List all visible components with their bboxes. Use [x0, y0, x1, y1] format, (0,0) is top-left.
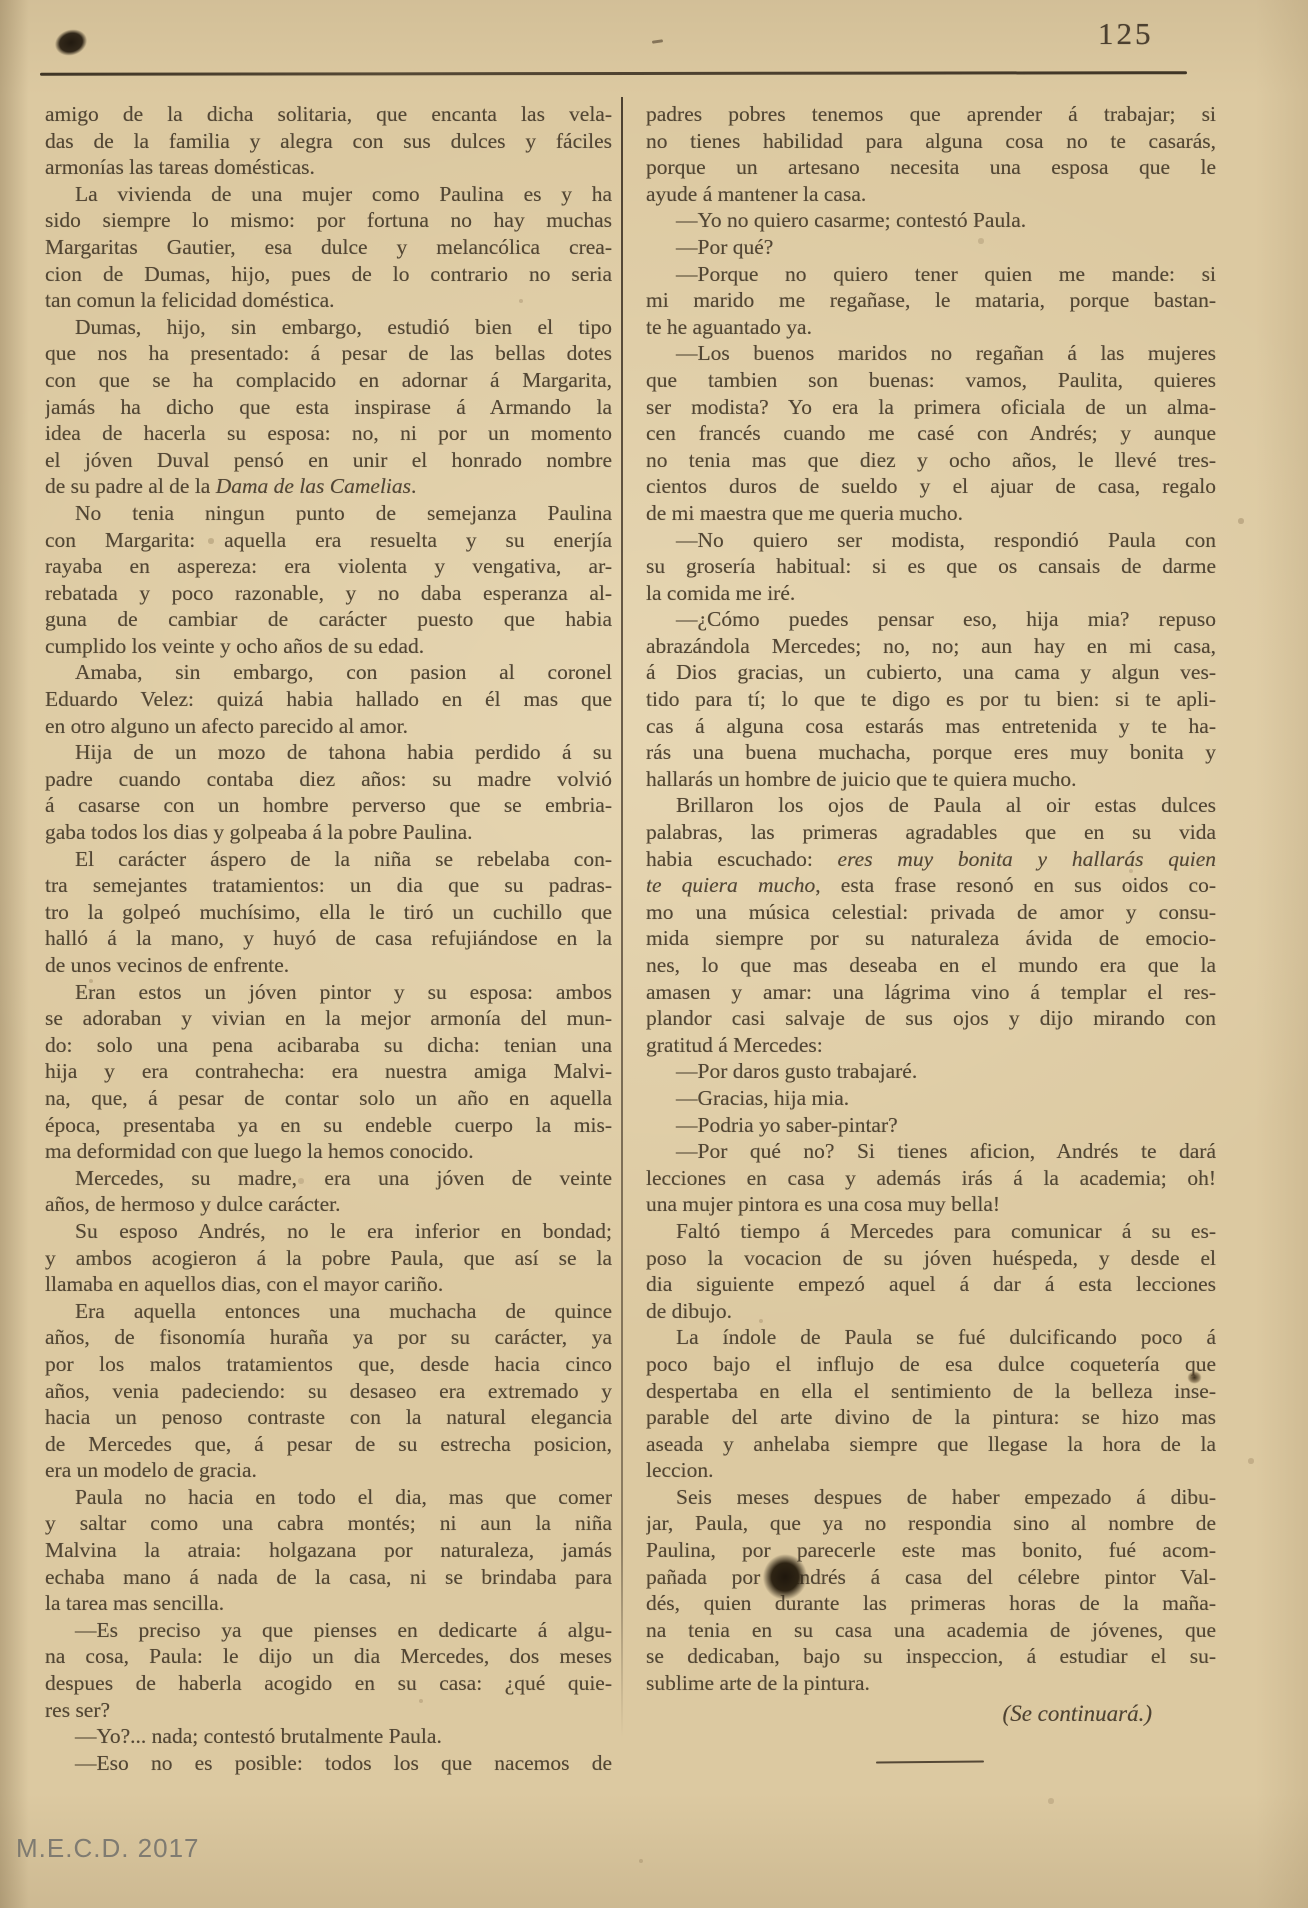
- text-line: Malvina la atraia: holgazana por natural…: [45, 1537, 612, 1564]
- text-line: sublime arte de la pintura.: [646, 1670, 1216, 1697]
- text-line: con Margarita: aquella era resuelta y su…: [45, 527, 612, 554]
- text-segment: el jóven Duval pensó en unir el honrado …: [45, 448, 612, 472]
- text-segment: con que se ha complacido en adornar á Ma…: [45, 368, 612, 392]
- text-line: —Por qué?: [646, 234, 1216, 261]
- continuation-note: (Se continuará.): [646, 1701, 1216, 1727]
- text-line: —Gracias, hija mia.: [646, 1085, 1216, 1112]
- text-line: Su esposo Andrés, no le era inferior en …: [45, 1218, 612, 1245]
- text-segment: poso la vocacion de su jóven huéspeda, y…: [646, 1246, 1216, 1270]
- text-line: se adoraban y vivian en la mejor armonía…: [45, 1005, 612, 1032]
- end-rule: [876, 1760, 984, 1763]
- text-segment: que tambien son buenas: vamos, Paulita, …: [646, 368, 1216, 392]
- text-segment: padres pobres tenemos que aprender á tra…: [646, 102, 1216, 126]
- text-segment: de Mercedes que, á pesar de su estrecha …: [45, 1432, 612, 1456]
- text-line: echaba mano á nada de la casa, ni se bri…: [45, 1564, 612, 1591]
- text-segment: Era aquella entonces una muchacha de qui…: [75, 1299, 612, 1323]
- ink-blot: [46, 20, 96, 64]
- text-segment: —Por daros gusto trabajaré.: [676, 1059, 917, 1083]
- text-segment: años, venia padeciendo: su desaseo era e…: [45, 1379, 612, 1403]
- text-segment: , esta frase resonó en sus oidos co-: [815, 873, 1216, 897]
- text-segment: Dumas, hijo, sin embargo, estudió bien e…: [75, 315, 612, 339]
- text-line: porque un artesano necesita una esposa q…: [646, 154, 1216, 181]
- text-line: parable del arte divino de la pintura: s…: [646, 1404, 1216, 1431]
- text-line: de su padre al de la Dama de las Camelia…: [45, 473, 612, 500]
- text-segment: ma deformidad con que luego la hemos con…: [45, 1139, 474, 1163]
- text-line: cas á alguna cosa estarás mas entretenid…: [646, 713, 1216, 740]
- italic-text: te quiera mucho: [646, 873, 815, 897]
- text-segment: que nos ha presentado: á pesar de las be…: [45, 341, 612, 365]
- text-line: El carácter áspero de la niña se rebelab…: [45, 846, 612, 873]
- text-segment: do: solo una pena acibaraba su dicha: te…: [45, 1033, 612, 1057]
- text-segment: echaba mano á nada de la casa, ni se bri…: [45, 1565, 612, 1589]
- text-segment: Seis meses despues de haber empezado á d…: [676, 1485, 1216, 1509]
- text-line: —Yo?... nada; contestó brutalmente Paula…: [45, 1723, 612, 1750]
- text-line: época, presentaba ya en su endeble cuerp…: [45, 1112, 612, 1139]
- paper-specks: [0, 0, 2, 2]
- text-segment: y saltar como una cabra montés; ni aun l…: [45, 1511, 612, 1535]
- text-line: años, venia padeciendo: su desaseo era e…: [45, 1378, 612, 1405]
- text-line: despertaba en ella el sentimiento de la …: [646, 1378, 1216, 1405]
- text-line: no tienes habilidad para alguna cosa no …: [646, 128, 1216, 155]
- right-column: padres pobres tenemos que aprender á tra…: [646, 101, 1216, 1697]
- text-segment: despues de haberla acogido en su casa: ¿…: [45, 1671, 612, 1695]
- text-segment: á casarse con un hombre perverso que se …: [45, 793, 612, 817]
- text-segment: hija y era contrahecha: era nuestra amig…: [45, 1059, 612, 1083]
- text-line: mi marido me regañase, le mataria, porqu…: [646, 287, 1216, 314]
- text-segment: de dibujo.: [646, 1299, 732, 1323]
- text-segment: de su padre al de la: [45, 474, 216, 498]
- text-segment: hallarás un hombre de juicio que te quie…: [646, 767, 1076, 791]
- text-segment: despertaba en ella el sentimiento de la …: [646, 1379, 1216, 1403]
- text-line: Eran estos un jóven pintor y su esposa: …: [45, 979, 612, 1006]
- text-line: su grosería habitual: si es que os cansa…: [646, 553, 1216, 580]
- stray-mark: [652, 39, 663, 44]
- text-line: leccion.: [646, 1457, 1216, 1484]
- text-line: res ser?: [45, 1697, 612, 1724]
- text-segment: no tienes habilidad para alguna cosa no …: [646, 129, 1216, 153]
- text-line: —Por qué no? Si tienes aficion, Andrés t…: [646, 1138, 1216, 1165]
- text-segment: Malvina la atraia: holgazana por natural…: [45, 1538, 612, 1562]
- text-segment: —Por qué no? Si tienes aficion, Andrés t…: [676, 1139, 1216, 1163]
- text-segment: poco bajo el influjo de esa dulce coquet…: [646, 1352, 1216, 1376]
- text-line: —Eso no es posible: todos los que nacemo…: [45, 1750, 612, 1777]
- text-segment: porque un artesano necesita una esposa q…: [646, 155, 1216, 179]
- text-segment: su grosería habitual: si es que os cansa…: [646, 554, 1216, 578]
- text-line: poso la vocacion de su jóven huéspeda, y…: [646, 1245, 1216, 1272]
- text-segment: jar, Paula, que ya no respondia sino al …: [646, 1511, 1216, 1535]
- text-line: Brillaron los ojos de Paula al oir estas…: [646, 792, 1216, 819]
- text-segment: plandor casi salvaje de sus ojos y dijo …: [646, 1006, 1216, 1030]
- text-segment: Faltó tiempo á Mercedes para comunicar á…: [676, 1219, 1216, 1243]
- text-segment: idea de hacerla su esposa: no, ni por un…: [45, 421, 612, 445]
- text-segment: —¿Cómo puedes pensar eso, hija mia? repu…: [676, 607, 1216, 631]
- text-line: La índole de Paula se fué dulcificando p…: [646, 1324, 1216, 1351]
- text-line: habia escuchado: eres muy bonita y halla…: [646, 846, 1216, 873]
- text-line: do: solo una pena acibaraba su dicha: te…: [45, 1032, 612, 1059]
- left-column: amigo de la dicha solitaria, que encanta…: [45, 101, 612, 1776]
- text-segment: á Dios gracias, un cubierto, una cama y …: [646, 660, 1216, 684]
- text-segment: palabras, las primeras agradables que en…: [646, 820, 1216, 844]
- text-line: se dedicaban, bajo su inspeccion, á estu…: [646, 1643, 1216, 1670]
- text-segment: rebatada y poco razonable, y no daba esp…: [45, 581, 612, 605]
- text-line: cumplido los veinte y ocho años de su ed…: [45, 633, 612, 660]
- text-line: el jóven Duval pensó en unir el honrado …: [45, 447, 612, 474]
- text-line: por los malos tratamientos que, desde ha…: [45, 1351, 612, 1378]
- text-line: —¿Cómo puedes pensar eso, hija mia? repu…: [646, 606, 1216, 633]
- text-line: guna de cambiar de carácter puesto que h…: [45, 606, 612, 633]
- text-line: te he aguantado ya.: [646, 314, 1216, 341]
- text-line: —Porque no quiero tener quien me mande: …: [646, 261, 1216, 288]
- text-line: amigo de la dicha solitaria, que encanta…: [45, 101, 612, 128]
- text-segment: leccion.: [646, 1458, 713, 1482]
- text-line: gratitud á Mercedes:: [646, 1032, 1216, 1059]
- text-line: y ambos acogieron á la pobre Paula, que …: [45, 1245, 612, 1272]
- text-segment: en otro alguno un afecto parecido al amo…: [45, 714, 408, 738]
- text-line: Eduardo Velez: quizá habia hallado en él…: [45, 686, 612, 713]
- text-line: poco bajo el influjo de esa dulce coquet…: [646, 1351, 1216, 1378]
- text-segment: parable del arte divino de la pintura: s…: [646, 1405, 1216, 1429]
- text-segment: tido para tí; lo que te digo es por tu b…: [646, 687, 1216, 711]
- text-segment: gaba todos los dias y golpeaba á la pobr…: [45, 820, 473, 844]
- text-segment: Margaritas Gautier, esa dulce y melancól…: [45, 235, 612, 259]
- text-segment: rás una buena muchacha, porque eres muy …: [646, 740, 1216, 764]
- text-line: hallarás un hombre de juicio que te quie…: [646, 766, 1216, 793]
- text-segment: aseada y anhelaba siempre que llegase la…: [646, 1432, 1216, 1456]
- text-segment: se adoraban y vivian en la mejor armonía…: [45, 1006, 612, 1030]
- text-line: á Dios gracias, un cubierto, una cama y …: [646, 659, 1216, 686]
- text-segment: cion de Dumas, hijo, pues de lo contrari…: [45, 262, 612, 286]
- text-segment: mo una música celestial: privada de amor…: [646, 900, 1216, 924]
- text-segment: —Yo?... nada; contestó brutalmente Paula…: [75, 1724, 442, 1748]
- text-segment: dés, quien durante las primeras horas de…: [646, 1591, 1216, 1615]
- text-line: y saltar como una cabra montés; ni aun l…: [45, 1510, 612, 1537]
- text-line: á casarse con un hombre perverso que se …: [45, 792, 612, 819]
- text-line: tido para tí; lo que te digo es por tu b…: [646, 686, 1216, 713]
- text-segment: Amaba, sin embargo, con pasion al corone…: [75, 660, 612, 684]
- text-line: de dibujo.: [646, 1298, 1216, 1325]
- text-segment: —Podria yo saber-pintar?: [676, 1113, 898, 1137]
- text-line: de unos vecinos de enfrente.: [45, 952, 612, 979]
- text-segment: nes, lo que mas deseaba en el mundo era …: [646, 953, 1216, 977]
- text-segment: lecciones en casa y además irás á la aca…: [646, 1166, 1216, 1190]
- text-line: mo una música celestial: privada de amor…: [646, 899, 1216, 926]
- text-line: —No quiero ser modista, respondió Paula …: [646, 527, 1216, 554]
- text-segment: tan comun la felicidad doméstica.: [45, 288, 335, 312]
- text-segment: Eduardo Velez: quizá habia hallado en él…: [45, 687, 612, 711]
- text-line: cion de Dumas, hijo, pues de lo contrari…: [45, 261, 612, 288]
- text-segment: .: [411, 474, 416, 498]
- text-line: una mujer pintora es una cosa muy bella!: [646, 1191, 1216, 1218]
- text-line: abrazándola Mercedes; no, no; aun hay en…: [646, 633, 1216, 660]
- text-line: jamás ha dicho que esta inspirase á Arma…: [45, 394, 612, 421]
- text-segment: se dedicaban, bajo su inspeccion, á estu…: [646, 1644, 1216, 1668]
- text-segment: cumplido los veinte y ocho años de su ed…: [45, 634, 424, 658]
- column-divider: [621, 97, 623, 1737]
- text-line: ma deformidad con que luego la hemos con…: [45, 1138, 612, 1165]
- text-line: rás una buena muchacha, porque eres muy …: [646, 739, 1216, 766]
- text-segment: gratitud á Mercedes:: [646, 1033, 823, 1057]
- text-line: cientos duros de sueldo y el ajuar de ca…: [646, 473, 1216, 500]
- text-line: que tambien son buenas: vamos, Paulita, …: [646, 367, 1216, 394]
- text-segment: —Yo no quiero casarme; contestó Paula.: [676, 208, 1026, 232]
- text-segment: —Eso no es posible: todos los que nacemo…: [75, 1751, 612, 1775]
- text-line: tro la golpeó muchísimo, ella le tiró un…: [45, 899, 612, 926]
- text-line: palabras, las primeras agradables que en…: [646, 819, 1216, 846]
- text-line: sido siempre lo mismo: por fortuna no ha…: [45, 207, 612, 234]
- text-line: rebatada y poco razonable, y no daba esp…: [45, 580, 612, 607]
- text-segment: armonías las tareas domésticas.: [45, 155, 315, 179]
- text-segment: llamaba en aquellos dias, con el mayor c…: [45, 1272, 443, 1296]
- text-segment: na tenia en su casa una academia de jóve…: [646, 1618, 1216, 1642]
- text-segment: años, de hermoso y dulce carácter.: [45, 1192, 341, 1216]
- text-line: Paulina, por parecerle este mas bonito, …: [646, 1537, 1216, 1564]
- text-segment: ayude á mantener la casa.: [646, 182, 866, 206]
- text-line: cen francés cuando me casé con Andrés; y…: [646, 420, 1216, 447]
- text-segment: época, presentaba ya en su endeble cuerp…: [45, 1113, 612, 1137]
- text-segment: cientos duros de sueldo y el ajuar de ca…: [646, 474, 1216, 498]
- text-line: Faltó tiempo á Mercedes para comunicar á…: [646, 1218, 1216, 1245]
- text-segment: No tenia ningun punto de semejanza Pauli…: [75, 501, 612, 525]
- text-segment: jamás ha dicho que esta inspirase á Arma…: [45, 395, 612, 419]
- text-segment: la tarea mas sencilla.: [45, 1591, 224, 1615]
- text-line: lecciones en casa y además irás á la aca…: [646, 1165, 1216, 1192]
- text-line: tra semejantes tratamientos: un dia que …: [45, 872, 612, 899]
- text-line: na tenia en su casa una academia de jóve…: [646, 1617, 1216, 1644]
- page: 125 amigo de la dicha solitaria, que enc…: [0, 0, 1308, 1908]
- text-line: plandor casi salvaje de sus ojos y dijo …: [646, 1005, 1216, 1032]
- italic-text: eres muy bonita y hallarás quien: [838, 847, 1216, 871]
- text-line: dia siguiente empezó aquel á dar á esta …: [646, 1271, 1216, 1298]
- top-rule: [40, 71, 1187, 76]
- text-segment: El carácter áspero de la niña se rebelab…: [75, 847, 612, 871]
- text-line: Era aquella entonces una muchacha de qui…: [45, 1298, 612, 1325]
- text-line: de Mercedes que, á pesar de su estrecha …: [45, 1431, 612, 1458]
- text-line: dés, quien durante las primeras horas de…: [646, 1590, 1216, 1617]
- text-segment: Paulina, por parecerle este mas bonito, …: [646, 1538, 1216, 1562]
- text-line: de mi maestra que me queria mucho.: [646, 500, 1216, 527]
- text-line: pañada por Andrés á casa del célebre pin…: [646, 1564, 1216, 1591]
- text-line: padres pobres tenemos que aprender á tra…: [646, 101, 1216, 128]
- text-segment: de unos vecinos de enfrente.: [45, 953, 289, 977]
- text-segment: rayaba en aspereza: era violenta y venga…: [45, 554, 612, 578]
- text-segment: padre cuando contaba diez años: su madre…: [45, 767, 612, 791]
- text-segment: tra semejantes tratamientos: un dia que …: [45, 873, 612, 897]
- text-line: na cosa, Paula: le dijo un dia Mercedes,…: [45, 1643, 612, 1670]
- text-segment: ser modista? Yo era la primera oficiala …: [646, 395, 1216, 419]
- text-line: nes, lo que mas deseaba en el mundo era …: [646, 952, 1216, 979]
- text-segment: por los malos tratamientos que, desde ha…: [45, 1352, 612, 1376]
- text-line: años, de hermoso y dulce carácter.: [45, 1191, 612, 1218]
- text-segment: dia siguiente empezó aquel á dar á esta …: [646, 1272, 1216, 1296]
- text-line: Margaritas Gautier, esa dulce y melancól…: [45, 234, 612, 261]
- text-line: que nos ha presentado: á pesar de las be…: [45, 340, 612, 367]
- text-segment: con Margarita: aquella era resuelta y su…: [45, 528, 612, 552]
- text-segment: Su esposo Andrés, no le era inferior en …: [75, 1219, 612, 1243]
- text-line: la tarea mas sencilla.: [45, 1590, 612, 1617]
- text-line: mida siempre por su naturaleza ávida de …: [646, 925, 1216, 952]
- text-line: despues de haberla acogido en su casa: ¿…: [45, 1670, 612, 1697]
- text-segment: de mi maestra que me queria mucho.: [646, 501, 963, 525]
- text-segment: amigo de la dicha solitaria, que encanta…: [45, 102, 612, 126]
- text-segment: guna de cambiar de carácter puesto que h…: [45, 607, 612, 631]
- text-segment: habia escuchado:: [646, 847, 838, 871]
- text-segment: Hija de un mozo de tahona habia perdido …: [75, 740, 612, 764]
- text-line: —Es preciso ya que pienses en dedicarte …: [45, 1617, 612, 1644]
- text-segment: —No quiero ser modista, respondió Paula …: [676, 528, 1216, 552]
- text-line: Paula no hacia en todo el dia, mas que c…: [45, 1484, 612, 1511]
- text-line: Dumas, hijo, sin embargo, estudió bien e…: [45, 314, 612, 341]
- text-line: —Podria yo saber-pintar?: [646, 1112, 1216, 1139]
- text-segment: y ambos acogieron á la pobre Paula, que …: [45, 1246, 612, 1270]
- text-line: padre cuando contaba diez años: su madre…: [45, 766, 612, 793]
- text-line: jar, Paula, que ya no respondia sino al …: [646, 1510, 1216, 1537]
- text-line: te quiera mucho, esta frase resonó en su…: [646, 872, 1216, 899]
- text-segment: amasen y amar: una lágrima vino á templa…: [646, 980, 1216, 1004]
- text-line: —Por daros gusto trabajaré.: [646, 1058, 1216, 1085]
- text-segment: res ser?: [45, 1698, 110, 1722]
- text-segment: das de la familia y alegra con sus dulce…: [45, 129, 612, 153]
- text-segment: te he aguantado ya.: [646, 315, 812, 339]
- text-line: Mercedes, su madre, era una jóven de vei…: [45, 1165, 612, 1192]
- text-line: tan comun la felicidad doméstica.: [45, 287, 612, 314]
- text-segment: abrazándola Mercedes; no, no; aun hay en…: [646, 634, 1216, 658]
- text-line: —Los buenos maridos no regañan á las muj…: [646, 340, 1216, 367]
- text-line: das de la familia y alegra con sus dulce…: [45, 128, 612, 155]
- text-segment: —Los buenos maridos no regañan á las muj…: [676, 341, 1216, 365]
- text-line: idea de hacerla su esposa: no, ni por un…: [45, 420, 612, 447]
- text-segment: Eran estos un jóven pintor y su esposa: …: [75, 980, 612, 1004]
- text-segment: mi marido me regañase, le mataria, porqu…: [646, 288, 1216, 312]
- text-segment: no tenia mas que diez y ocho años, le ll…: [646, 448, 1216, 472]
- text-segment: Mercedes, su madre, era una jóven de vei…: [75, 1166, 612, 1190]
- text-line: gaba todos los dias y golpeaba á la pobr…: [45, 819, 612, 846]
- text-segment: la comida me iré.: [646, 581, 795, 605]
- text-line: no tenia mas que diez y ocho años, le ll…: [646, 447, 1216, 474]
- text-segment: na, que, á pesar de contar solo un año e…: [45, 1086, 612, 1110]
- text-segment: cas á alguna cosa estarás mas entretenid…: [646, 714, 1216, 738]
- text-segment: una mujer pintora es una cosa muy bella!: [646, 1192, 1000, 1216]
- text-line: armonías las tareas domésticas.: [45, 154, 612, 181]
- text-line: hija y era contrahecha: era nuestra amig…: [45, 1058, 612, 1085]
- text-line: na, que, á pesar de contar solo un año e…: [45, 1085, 612, 1112]
- text-line: No tenia ningun punto de semejanza Pauli…: [45, 500, 612, 527]
- text-line: en otro alguno un afecto parecido al amo…: [45, 713, 612, 740]
- watermark: M.E.C.D. 2017: [16, 1833, 200, 1864]
- text-segment: na cosa, Paula: le dijo un dia Mercedes,…: [45, 1644, 612, 1668]
- text-segment: mida siempre por su naturaleza ávida de …: [646, 926, 1216, 950]
- text-segment: sido siempre lo mismo: por fortuna no ha…: [45, 208, 612, 232]
- text-segment: —Es preciso ya que pienses en dedicarte …: [75, 1618, 612, 1642]
- page-number: 125: [1098, 16, 1154, 52]
- text-line: La vivienda de una mujer como Paulina es…: [45, 181, 612, 208]
- text-segment: —Porque no quiero tener quien me mande: …: [676, 262, 1216, 286]
- text-line: aseada y anhelaba siempre que llegase la…: [646, 1431, 1216, 1458]
- text-line: ayude á mantener la casa.: [646, 181, 1216, 208]
- text-line: con que se ha complacido en adornar á Ma…: [45, 367, 612, 394]
- text-line: —Yo no quiero casarme; contestó Paula.: [646, 207, 1216, 234]
- text-segment: Brillaron los ojos de Paula al oir estas…: [676, 793, 1216, 817]
- text-line: Seis meses despues de haber empezado á d…: [646, 1484, 1216, 1511]
- text-segment: La índole de Paula se fué dulcificando p…: [676, 1325, 1216, 1349]
- text-segment: halló á la mano, y huyó de casa refujián…: [45, 926, 612, 950]
- text-segment: Paula no hacia en todo el dia, mas que c…: [75, 1485, 612, 1509]
- text-line: años, de fisonomía huraña ya por su cará…: [45, 1324, 612, 1351]
- text-segment: sublime arte de la pintura.: [646, 1671, 870, 1695]
- text-segment: pañada por Andrés á casa del célebre pin…: [646, 1565, 1216, 1589]
- text-segment: tro la golpeó muchísimo, ella le tiró un…: [45, 900, 612, 924]
- text-line: ser modista? Yo era la primera oficiala …: [646, 394, 1216, 421]
- ink-speck: [1186, 1370, 1203, 1385]
- text-line: halló á la mano, y huyó de casa refujián…: [45, 925, 612, 952]
- text-line: llamaba en aquellos dias, con el mayor c…: [45, 1271, 612, 1298]
- text-segment: —Por qué?: [676, 235, 773, 259]
- text-line: era un modelo de gracia.: [45, 1457, 612, 1484]
- text-line: hacia un penoso contraste con la natural…: [45, 1404, 612, 1431]
- text-segment: era un modelo de gracia.: [45, 1458, 257, 1482]
- text-line: amasen y amar: una lágrima vino á templa…: [646, 979, 1216, 1006]
- text-segment: —Gracias, hija mia.: [676, 1086, 849, 1110]
- text-segment: años, de fisonomía huraña ya por su cará…: [45, 1325, 612, 1349]
- text-line: Amaba, sin embargo, con pasion al corone…: [45, 659, 612, 686]
- text-segment: La vivienda de una mujer como Paulina es…: [75, 182, 612, 206]
- italic-text: Dama de las Camelias: [216, 474, 411, 498]
- text-line: la comida me iré.: [646, 580, 1216, 607]
- text-line: Hija de un mozo de tahona habia perdido …: [45, 739, 612, 766]
- text-segment: hacia un penoso contraste con la natural…: [45, 1405, 612, 1429]
- text-line: rayaba en aspereza: era violenta y venga…: [45, 553, 612, 580]
- text-segment: cen francés cuando me casé con Andrés; y…: [646, 421, 1216, 445]
